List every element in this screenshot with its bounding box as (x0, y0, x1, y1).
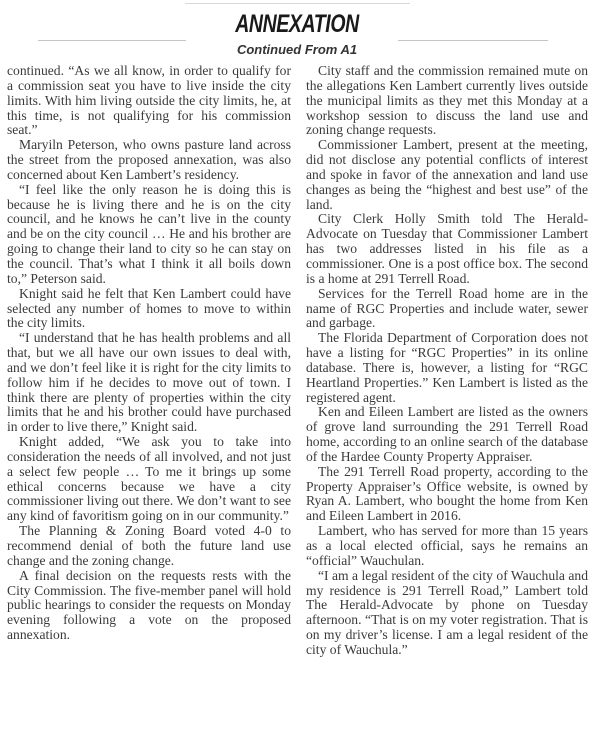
paragraph: Lambert, who has served for more than 15… (306, 524, 588, 569)
paragraph: The 291 Terrell Road property, according… (306, 465, 588, 524)
paragraph: Ken and Eileen Lambert are listed as the… (306, 405, 588, 464)
header-rule-left (38, 40, 186, 41)
paragraph: City staff and the commission remained m… (306, 64, 588, 138)
kicker-headline: ANNEXATION (65, 10, 528, 38)
paragraph: Commissioner Lambert, present at the mee… (306, 138, 588, 212)
paragraph: City Clerk Holly Smith told The Herald-A… (306, 212, 588, 286)
paragraph: “I am a legal resident of the city of Wa… (306, 569, 588, 658)
paragraph: Maryiln Peterson, who owns pasture land … (7, 138, 291, 183)
paragraph: Knight said he felt that Ken Lambert cou… (7, 287, 291, 332)
jump-line: Continued From A1 (0, 42, 594, 58)
header-rule-right (398, 40, 548, 41)
paragraph: A final decision on the requests rests w… (7, 569, 291, 643)
paragraph: The Planning & Zoning Board voted 4-0 to… (7, 524, 291, 569)
paragraph: “I feel like the only reason he is doing… (7, 183, 291, 287)
paragraph: The Florida Department of Corporation do… (306, 331, 588, 405)
jump-header: ANNEXATION Continued From A1 (0, 6, 594, 62)
paragraph: “I understand that he has health problem… (7, 331, 291, 435)
article-column-left: continued. “As we all know, in order to … (7, 64, 291, 643)
paragraph: Knight added, “We ask you to take into c… (7, 435, 291, 524)
top-divider-rule (185, 3, 410, 4)
paragraph: Services for the Terrell Road home are i… (306, 287, 588, 332)
article-column-right: City staff and the commission remained m… (306, 64, 588, 658)
paragraph: continued. “As we all know, in order to … (7, 64, 291, 138)
